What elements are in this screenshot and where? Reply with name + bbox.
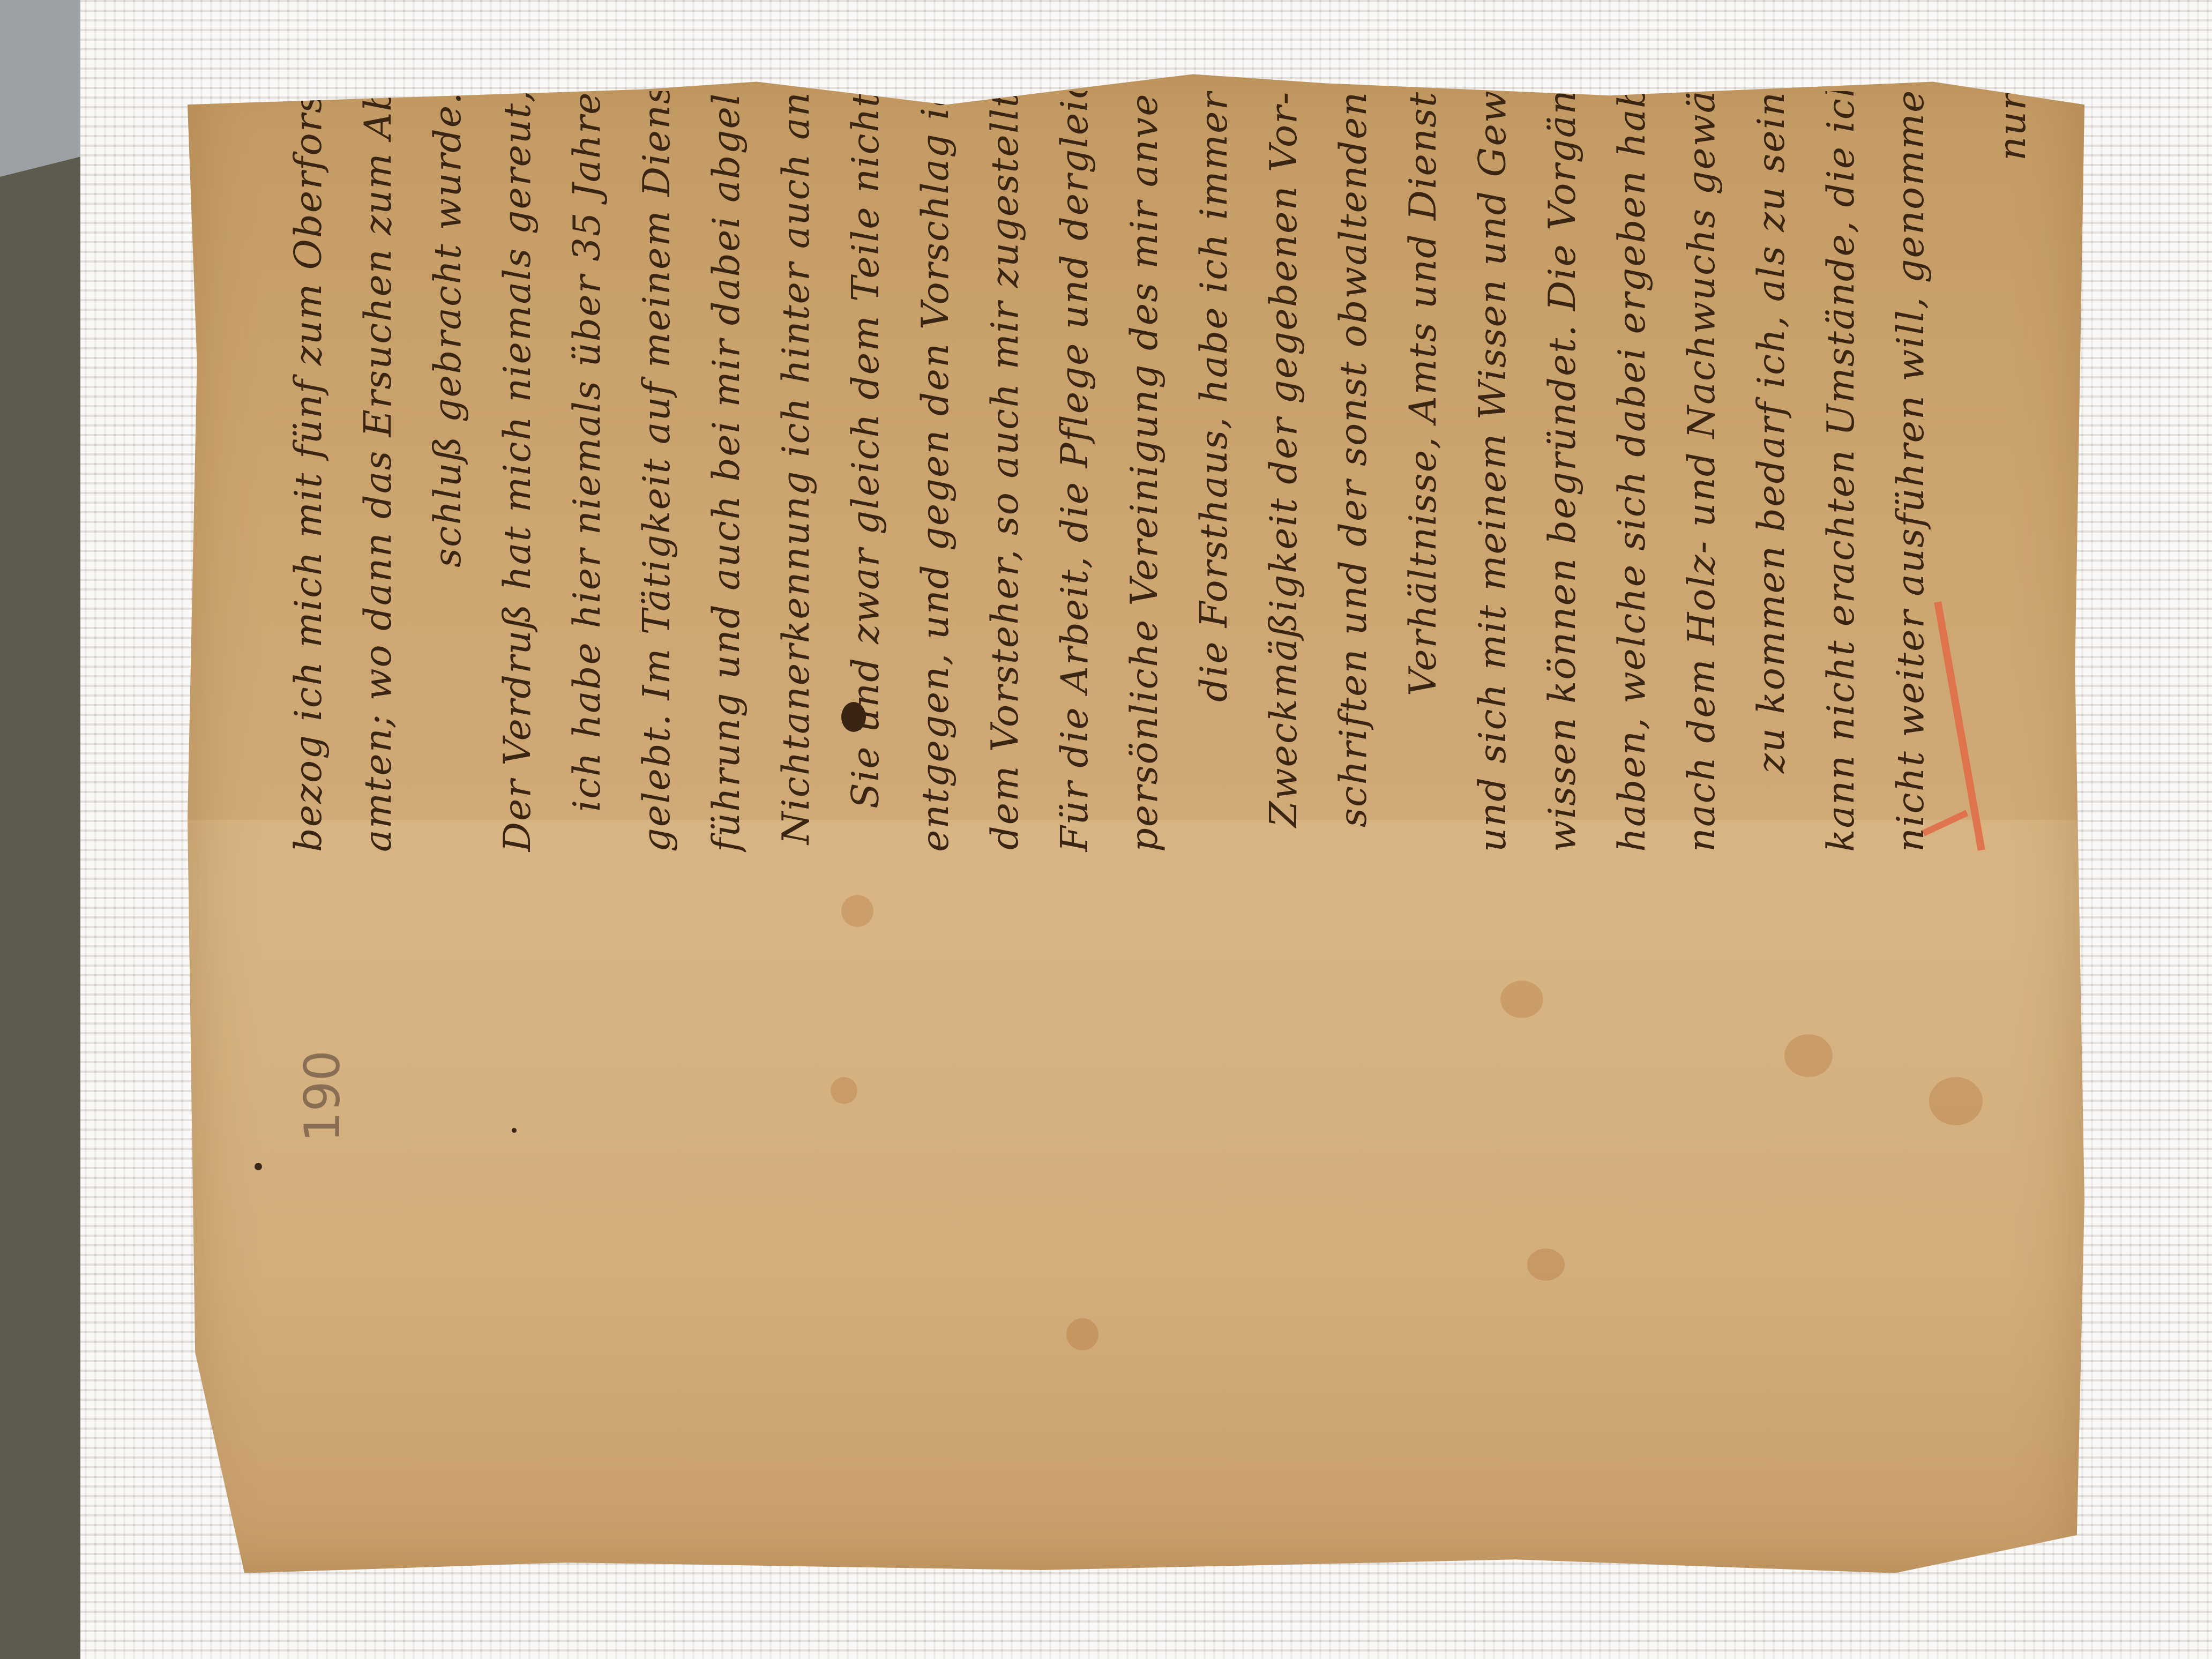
- manuscript-line: nach dem Holz- und Nachwuchs gewährleist…: [1672, 91, 1731, 852]
- foxing-stain: [841, 895, 873, 927]
- manuscript-line: Zweckmäßigkeit der gegebenen Vor-: [1254, 91, 1313, 852]
- paper-hole: [512, 1128, 517, 1133]
- foxing-stain: [1784, 1034, 1833, 1077]
- manuscript-line: die Forsthaus, habe ich immer: [1184, 91, 1243, 852]
- manuscript-line: dem Vorsteher, so auch mir zugestellt: [975, 91, 1034, 852]
- manuscript-line: schluß gebracht wurde.: [418, 91, 477, 852]
- manuscript-line: entgegen, und gegen den Vorschlag ich: [906, 91, 965, 852]
- manuscript-line: Verhältnisse, Amts und Dienst: [1393, 91, 1452, 852]
- foxing-stain: [1066, 1318, 1098, 1350]
- manuscript-line: schriften und der sonst obwaltenden: [1324, 91, 1382, 852]
- manuscript-line: wissen können begründet. Die Vorgänge: [1533, 91, 1591, 852]
- manuscript-line: kann nicht erachten Umstände, die ich: [1811, 91, 1870, 852]
- paper-hole: [255, 1163, 262, 1170]
- manuscript-line: gelebt. Im Tätigkeit auf meinem Dienst: [627, 91, 686, 852]
- manuscript-line: haben, welche sich dabei ergeben haben: [1602, 91, 1661, 852]
- manuscript-line: bezog ich mich mit fünf zum Oberforstbe-: [279, 91, 338, 852]
- manuscript-line: und sich mit meinem Wissen und Gewissen: [1463, 91, 1522, 852]
- manuscript-line: Für die Arbeit, die Pflege und dergleich…: [1045, 91, 1104, 852]
- manuscript-line: zu kommen bedarf ich, als zu sein: [1742, 91, 1800, 852]
- manuscript-sheet: bezog ich mich mit fünf zum Oberforstbe-…: [188, 59, 2084, 1581]
- manuscript-line: Sie und zwar gleich dem Teile nicht: [836, 91, 895, 852]
- foxing-stain: [1527, 1249, 1565, 1281]
- foxing-stain: [831, 1077, 857, 1104]
- manuscript-line: nicht weiter ausführen will, genommen: [1881, 91, 1940, 852]
- manuscript-line: nur: [1983, 91, 2042, 852]
- manuscript-line: Der Verdruß hat mich niemals gereut,: [488, 91, 547, 852]
- foxing-stain: [1500, 981, 1543, 1018]
- manuscript-line: Nichtanerkennung ich hinter auch an: [766, 91, 825, 852]
- manuscript-text: bezog ich mich mit fünf zum Oberforstbe-…: [279, 91, 2047, 852]
- background-dark-surface: [0, 0, 80, 1659]
- manuscript-line: persönliche Vereinigung des mir anvertra…: [1115, 91, 1174, 852]
- pencil-page-number: 190: [295, 1050, 351, 1142]
- background-printed-paper: [0, 0, 80, 177]
- manuscript-line: führung und auch bei mir dabei abgelegen: [697, 91, 756, 852]
- foxing-stain: [1929, 1077, 1983, 1125]
- manuscript-line: amten; wo dann das Ersuchen zum Ab-: [348, 91, 407, 852]
- manuscript-line: ich habe hier niemals über 35 Jahre: [557, 91, 616, 852]
